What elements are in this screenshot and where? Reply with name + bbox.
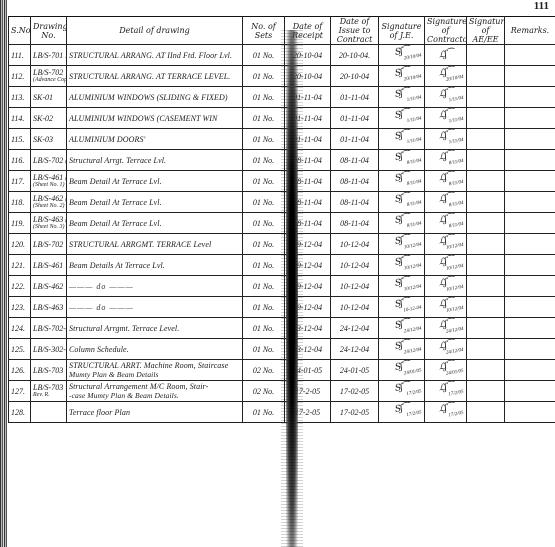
cell-detail: Beam Detail At Terrace Lvl. [67, 192, 243, 213]
date-of-issue: 10-12-04 [340, 261, 369, 270]
drawing-number: LB/S-702 [33, 68, 63, 77]
drawing-number-note: (Sheet No. 1) [33, 182, 64, 189]
date-of-issue: 24-01-05 [340, 366, 369, 375]
cell-signature-contractor: ℒʃ⁀10/12/04 [425, 255, 467, 276]
cell-no-of-sets: 01 No. [243, 402, 285, 423]
contractor-signature-mark: ℒʃ⁀ [438, 49, 452, 61]
cell-signature-ae-ee [467, 402, 505, 423]
cell-detail: STRUCTURAL ARRANG. AT TERRACE LEVEL. [67, 66, 243, 87]
date-of-issue: 01-11-04 [340, 135, 369, 144]
serial-number: 121. [11, 261, 25, 270]
cell-s-no: 128. [9, 402, 31, 423]
cell-drawing-no: LB/S-463 (Advance Copy)(Sheet No. 3) [31, 213, 67, 234]
cell-no-of-sets: 01 No. [243, 276, 285, 297]
header-s-no: S.No. [9, 17, 31, 45]
cell-detail: ——— do ——— [67, 276, 243, 297]
cell-detail: Structural Arrgmt. Terrace Level. [67, 318, 243, 339]
cell-signature-je: Sʃ⁀8/11/04 [379, 171, 425, 192]
date-of-issue: 20-10-04. [339, 51, 370, 60]
number-of-sets: 01 No. [253, 324, 274, 333]
page-number: 111 [534, 0, 549, 12]
cell-s-no: 113. [9, 87, 31, 108]
number-of-sets: 01 No. [253, 135, 274, 144]
cell-signature-ae-ee [467, 87, 505, 108]
cell-drawing-no: SK-02 [31, 108, 67, 129]
cell-signature-je: Sʃ⁀17/2/05 [379, 402, 425, 423]
cell-date-of-issue: 17-02-05 [331, 381, 379, 402]
drawing-number: SK-01 [33, 93, 53, 102]
drawing-detail: ALUMINIUM DOORS' [69, 135, 145, 144]
cell-signature-je: Sʃ⁀8/11/04 [379, 213, 425, 234]
number-of-sets: 01 No. [253, 303, 274, 312]
header-signature-je: Signature of J.E. [379, 17, 425, 45]
cell-detail: Beam Detail At Terrace Lvl. [67, 213, 243, 234]
cell-signature-je: Sʃ⁀20/10/04 [379, 45, 425, 66]
cell-detail: STRUCTURAL ARRT. Machine Room, Staircase… [67, 360, 243, 381]
number-of-sets: 02 No. [253, 387, 274, 396]
drawing-number: SK-02 [33, 114, 53, 123]
number-of-sets: 01 No. [253, 72, 274, 81]
cell-drawing-no: LB/S-702(Advance Copy) [31, 66, 67, 87]
cell-remarks [505, 276, 555, 297]
cell-date-of-issue: 01-11-04 [331, 108, 379, 129]
number-of-sets: 01 No. [253, 93, 274, 102]
cell-signature-contractor: ℒʃ⁀8/11/04 [425, 150, 467, 171]
cell-detail: Structural Arrgt. Terrace Lvl. [67, 150, 243, 171]
cell-signature-ae-ee [467, 129, 505, 150]
cell-s-no: 121. [9, 255, 31, 276]
cell-s-no: 115. [9, 129, 31, 150]
header-detail: Detail of drawing [67, 17, 243, 45]
cell-signature-contractor: ℒʃ⁀ [425, 45, 467, 66]
date-of-issue: 08-11-04 [340, 219, 369, 228]
number-of-sets: 02 No. [253, 366, 274, 375]
cell-remarks [505, 171, 555, 192]
cell-drawing-no: LB/S-703Rev. R. [31, 381, 67, 402]
drawing-number: LB/S-701 R1 [33, 51, 67, 60]
drawing-number: LB/S-463 (Advance Copy) [33, 215, 67, 224]
drawing-number-note: (Advance Copy) [33, 77, 64, 84]
drawing-number-note: Rev. R. [33, 392, 64, 399]
drawing-number: LB/S-702-R1 [33, 324, 67, 333]
serial-number: 115. [11, 135, 24, 144]
date-of-issue: 20-10-04 [340, 72, 369, 81]
drawing-detail: ——— do ——— [69, 303, 134, 312]
serial-number: 113. [11, 93, 24, 102]
cell-date-of-issue: 24-01-05 [331, 360, 379, 381]
cell-no-of-sets: 01 No. [243, 87, 285, 108]
cell-signature-contractor: ℒʃ⁀8/11/04 [425, 213, 467, 234]
drawing-detail: ALUMINIUM WINDOWS (CASEMENT WIN [69, 114, 218, 123]
cell-date-of-issue: 20-10-04 [331, 66, 379, 87]
cell-detail: ——— do ——— [67, 297, 243, 318]
drawing-number: LB/S-702 (Advance Copy). [33, 156, 67, 165]
date-of-issue: 01-11-04 [340, 93, 369, 102]
serial-number: 118. [11, 198, 24, 207]
number-of-sets: 01 No. [253, 240, 274, 249]
cell-drawing-no: LB/S-461 (Advance Copy).(Sheet No. 1) [31, 171, 67, 192]
header-signature-ae-ee: Signature of AE/EE [467, 17, 505, 45]
cell-drawing-no: LB/S-462 [31, 276, 67, 297]
cell-signature-ae-ee [467, 213, 505, 234]
cell-no-of-sets: 01 No. [243, 297, 285, 318]
cell-drawing-no: LB/S-461 [31, 255, 67, 276]
serial-number: 117. [11, 177, 24, 186]
cell-signature-ae-ee [467, 192, 505, 213]
cell-remarks [505, 66, 555, 87]
cell-signature-je: Sʃ⁀1/11/04 [379, 129, 425, 150]
date-of-issue: 01-11-04 [340, 114, 369, 123]
cell-signature-ae-ee [467, 66, 505, 87]
cell-signature-je: Sʃ⁀10/12/04 [379, 234, 425, 255]
cell-drawing-no: LB/S-703 [31, 360, 67, 381]
drawing-number-note: (Sheet No. 2) [33, 203, 64, 210]
drawing-detail-continued: -case Mumty Plan & Beam Details. [69, 391, 240, 400]
drawing-detail: Beam Detail At Terrace Lvl. [69, 219, 162, 228]
cell-detail: STRUCTURAL ARRANG. AT IInd Ftd. Floor Lv… [67, 45, 243, 66]
cell-signature-contractor: ℒʃ⁀8/11/04 [425, 171, 467, 192]
cell-s-no: 126. [9, 360, 31, 381]
serial-number: 127. [11, 387, 25, 396]
cell-drawing-no: LB/S-702 (Advance Copy). [31, 150, 67, 171]
cell-date-of-issue: 10-12-04 [331, 234, 379, 255]
drawing-number: LB/S-703 [33, 366, 63, 375]
serial-number: 122. [11, 282, 25, 291]
cell-signature-je: Sʃ⁀10/12/04 [379, 276, 425, 297]
cell-remarks [505, 318, 555, 339]
number-of-sets: 01 No. [253, 198, 274, 207]
cell-date-of-issue: 08-11-04 [331, 171, 379, 192]
number-of-sets: 01 No. [253, 345, 274, 354]
header-signature-contractor: Signature of Contractor [425, 17, 467, 45]
cell-remarks [505, 297, 555, 318]
cell-drawing-no: LB/S-462 (Advance Copy)(Sheet No. 2) [31, 192, 67, 213]
cell-signature-ae-ee [467, 318, 505, 339]
cell-s-no: 114. [9, 108, 31, 129]
cell-signature-je: Sʃ⁀1/11/04 [379, 108, 425, 129]
cell-signature-contractor: ℒʃ⁀24/12/04 [425, 339, 467, 360]
cell-signature-je: Sʃ⁀10-12-04 [379, 297, 425, 318]
drawing-detail: Beam Detail At Terrace Lvl. [69, 177, 162, 186]
cell-signature-contractor: ℒʃ⁀1/11/04 [425, 108, 467, 129]
serial-number: 124. [11, 324, 25, 333]
serial-number: 123. [11, 303, 25, 312]
drawing-detail: Terrace floor Plan [69, 408, 130, 417]
number-of-sets: 01 No. [253, 282, 274, 291]
header-drawing-no: Drawing No. [31, 17, 67, 45]
cell-signature-je: Sʃ⁀24/12/04 [379, 339, 425, 360]
cell-signature-contractor: ℒʃ⁀24/01/05 [425, 360, 467, 381]
cell-no-of-sets: 01 No. [243, 66, 285, 87]
serial-number: 120. [11, 240, 25, 249]
serial-number: 119. [11, 219, 24, 228]
cell-s-no: 124. [9, 318, 31, 339]
cell-remarks [505, 45, 555, 66]
cell-signature-ae-ee [467, 171, 505, 192]
cell-detail: Terrace floor Plan [67, 402, 243, 423]
cell-date-of-issue: 17-02-05 [331, 402, 379, 423]
cell-signature-je: Sʃ⁀10/12/04 [379, 255, 425, 276]
cell-signature-contractor: ℒʃ⁀10/12/04 [425, 276, 467, 297]
date-of-issue: 08-11-04 [340, 198, 369, 207]
cell-signature-contractor: ℒʃ⁀17/2/05 [425, 402, 467, 423]
date-of-issue: 17-02-05 [340, 408, 369, 417]
cell-signature-ae-ee [467, 297, 505, 318]
cell-detail: Column Schedule. [67, 339, 243, 360]
cell-date-of-issue: 08-11-04 [331, 213, 379, 234]
cell-date-of-issue: 01-11-04 [331, 87, 379, 108]
cell-no-of-sets: 01 No. [243, 129, 285, 150]
drawing-detail: Structural Arrgt. Terrace Lvl. [69, 156, 166, 165]
cell-signature-ae-ee [467, 45, 505, 66]
book-spine-shadow [286, 30, 298, 547]
cell-date-of-issue: 01-11-04 [331, 129, 379, 150]
cell-date-of-issue: 08-11-04 [331, 192, 379, 213]
cell-detail: Structural Arrangement M/C Room, Stair--… [67, 381, 243, 402]
number-of-sets: 01 No. [253, 177, 274, 186]
cell-detail: Beam Details At Terrace Lvl. [67, 255, 243, 276]
cell-s-no: 111. [9, 45, 31, 66]
cell-drawing-no: SK-03 [31, 129, 67, 150]
cell-signature-ae-ee [467, 234, 505, 255]
cell-signature-je: Sʃ⁀24/12/04 [379, 318, 425, 339]
cell-no-of-sets: 02 No. [243, 381, 285, 402]
cell-drawing-no [31, 402, 67, 423]
cell-s-no: 116. [9, 150, 31, 171]
header-remarks: Remarks. [505, 17, 555, 45]
drawing-detail: Beam Detail At Terrace Lvl. [69, 198, 162, 207]
cell-date-of-issue: 24-12-04 [331, 339, 379, 360]
serial-number: 126. [11, 366, 25, 375]
drawing-detail: ALUMINIUM WINDOWS (SLIDING & FIXED) [69, 93, 228, 102]
cell-date-of-issue: 24-12-04 [331, 318, 379, 339]
cell-date-of-issue: 10-12-04 [331, 276, 379, 297]
cell-signature-contractor: ℒʃ⁀8/11/04 [425, 192, 467, 213]
drawing-number: LB/S-702 [33, 240, 63, 249]
date-of-issue: 24-12-04 [340, 345, 369, 354]
cell-detail: STRUCTURAL ARRGMT. TERRACE Level [67, 234, 243, 255]
cell-drawing-no: LB/S-302-R1 [31, 339, 67, 360]
cell-date-of-issue: 08-11-04 [331, 150, 379, 171]
cell-detail: Beam Detail At Terrace Lvl. [67, 171, 243, 192]
drawing-detail: Structural Arrangement M/C Room, Stair- [69, 382, 208, 391]
cell-no-of-sets: 01 No. [243, 234, 285, 255]
drawing-detail: ——— do ——— [69, 282, 134, 291]
cell-signature-contractor: ℒʃ⁀20/10/04 [425, 66, 467, 87]
cell-s-no: 112. [9, 66, 31, 87]
cell-s-no: 117. [9, 171, 31, 192]
cell-signature-ae-ee [467, 381, 505, 402]
drawing-detail: STRUCTURAL ARRT. Machine Room, Staircase [69, 361, 228, 370]
cell-remarks [505, 108, 555, 129]
serial-number: 116. [11, 156, 24, 165]
serial-number: 128. [11, 408, 25, 417]
cell-no-of-sets: 01 No. [243, 318, 285, 339]
drawing-number: LB/S-302-R1 [33, 345, 67, 354]
cell-drawing-no: LB/S-701 R1 [31, 45, 67, 66]
cell-signature-contractor: ℒʃ⁀24/12/04 [425, 318, 467, 339]
cell-remarks [505, 339, 555, 360]
date-of-issue: 08-11-04 [340, 156, 369, 165]
cell-signature-je: Sʃ⁀1/11/04 [379, 87, 425, 108]
cell-signature-contractor: ℒʃ⁀1/11/04 [425, 129, 467, 150]
cell-drawing-no: LB/S-463 [31, 297, 67, 318]
cell-signature-je: Sʃ⁀24/01/05 [379, 360, 425, 381]
cell-signature-contractor: ℒʃ⁀10/12/04 [425, 234, 467, 255]
drawing-detail: STRUCTURAL ARRANG. AT TERRACE LEVEL. [69, 72, 230, 81]
number-of-sets: 01 No. [253, 156, 274, 165]
cell-no-of-sets: 01 No. [243, 150, 285, 171]
serial-number: 125. [11, 345, 25, 354]
drawing-detail: STRUCTURAL ARRGMT. TERRACE Level [69, 240, 211, 249]
cell-remarks [505, 87, 555, 108]
cell-signature-contractor: ℒʃ⁀1/11/04 [425, 87, 467, 108]
serial-number: 114. [11, 114, 24, 123]
cell-no-of-sets: 02 No. [243, 360, 285, 381]
drawing-number: LB/S-463 [33, 303, 63, 312]
date-of-issue: 10-12-04 [340, 240, 369, 249]
cell-s-no: 123. [9, 297, 31, 318]
cell-remarks [505, 192, 555, 213]
cell-date-of-issue: 10-12-04 [331, 297, 379, 318]
cell-s-no: 127. [9, 381, 31, 402]
cell-drawing-no: LB/S-702 [31, 234, 67, 255]
cell-no-of-sets: 01 No. [243, 45, 285, 66]
number-of-sets: 01 No. [253, 261, 274, 270]
drawing-detail: Structural Arrgmt. Terrace Level. [69, 324, 179, 333]
drawing-number: LB/S-462 (Advance Copy) [33, 194, 67, 203]
drawing-detail-continued: Mumty Plan & Beam Details [69, 370, 240, 379]
cell-remarks [505, 255, 555, 276]
cell-date-of-issue: 10-12-04 [331, 255, 379, 276]
cell-drawing-no: SK-01 [31, 87, 67, 108]
drawing-number: LB/S-461 (Advance Copy). [33, 173, 67, 182]
cell-no-of-sets: 01 No. [243, 171, 285, 192]
cell-no-of-sets: 01 No. [243, 213, 285, 234]
cell-s-no: 118. [9, 192, 31, 213]
cell-no-of-sets: 01 No. [243, 339, 285, 360]
drawing-number: LB/S-462 [33, 282, 63, 291]
cell-signature-ae-ee [467, 255, 505, 276]
number-of-sets: 01 No. [253, 219, 274, 228]
cell-detail: ALUMINIUM DOORS' [67, 129, 243, 150]
cell-signature-contractor: ℒʃ⁀17/2/05 [425, 381, 467, 402]
date-of-issue: 24-12-04 [340, 324, 369, 333]
cell-signature-je: Sʃ⁀17/2/05 [379, 381, 425, 402]
header-date-of-issue: Date of Issue to Contract [331, 17, 379, 45]
cell-date-of-issue: 20-10-04. [331, 45, 379, 66]
cell-signature-ae-ee [467, 150, 505, 171]
cell-remarks [505, 150, 555, 171]
drawing-number-note: (Sheet No. 3) [33, 224, 64, 231]
cell-s-no: 125. [9, 339, 31, 360]
drawing-detail: STRUCTURAL ARRANG. AT IInd Ftd. Floor Lv… [69, 51, 232, 60]
cell-signature-contractor: ℒʃ⁀10/12/04 [425, 297, 467, 318]
cell-s-no: 122. [9, 276, 31, 297]
cell-remarks [505, 129, 555, 150]
cell-signature-je: Sʃ⁀8/11/04 [379, 150, 425, 171]
number-of-sets: 01 No. [253, 114, 274, 123]
cell-detail: ALUMINIUM WINDOWS (CASEMENT WIN [67, 108, 243, 129]
number-of-sets: 01 No. [253, 51, 274, 60]
cell-detail: ALUMINIUM WINDOWS (SLIDING & FIXED) [67, 87, 243, 108]
date-of-issue: 10-12-04 [340, 303, 369, 312]
drawing-detail: Column Schedule. [69, 345, 129, 354]
cell-remarks [505, 234, 555, 255]
cell-s-no: 120. [9, 234, 31, 255]
date-of-issue: 08-11-04 [340, 177, 369, 186]
cell-remarks [505, 402, 555, 423]
cell-no-of-sets: 01 No. [243, 108, 285, 129]
cell-s-no: 119. [9, 213, 31, 234]
cell-signature-je: Sʃ⁀8/11/04 [379, 192, 425, 213]
cell-drawing-no: LB/S-702-R1 [31, 318, 67, 339]
drawing-number: SK-03 [33, 135, 53, 144]
drawing-detail: Beam Details At Terrace Lvl. [69, 261, 165, 270]
drawing-number: LB/S-461 [33, 261, 63, 270]
cell-signature-ae-ee [467, 360, 505, 381]
drawing-number: LB/S-703 [33, 383, 63, 392]
serial-number: 112. [11, 72, 24, 81]
cell-remarks [505, 360, 555, 381]
number-of-sets: 01 No. [253, 408, 274, 417]
header-no-of-sets: No. of Sets [243, 17, 285, 45]
cell-signature-ae-ee [467, 108, 505, 129]
cell-no-of-sets: 01 No. [243, 255, 285, 276]
cell-remarks [505, 381, 555, 402]
serial-number: 111. [11, 51, 24, 60]
date-of-issue: 10-12-04 [340, 282, 369, 291]
book-binding-edge [0, 0, 7, 547]
cell-signature-ae-ee [467, 276, 505, 297]
cell-no-of-sets: 01 No. [243, 192, 285, 213]
cell-remarks [505, 213, 555, 234]
date-of-issue: 17-02-05 [340, 387, 369, 396]
cell-signature-je: Sʃ⁀20/10/04 [379, 66, 425, 87]
cell-signature-ae-ee [467, 339, 505, 360]
